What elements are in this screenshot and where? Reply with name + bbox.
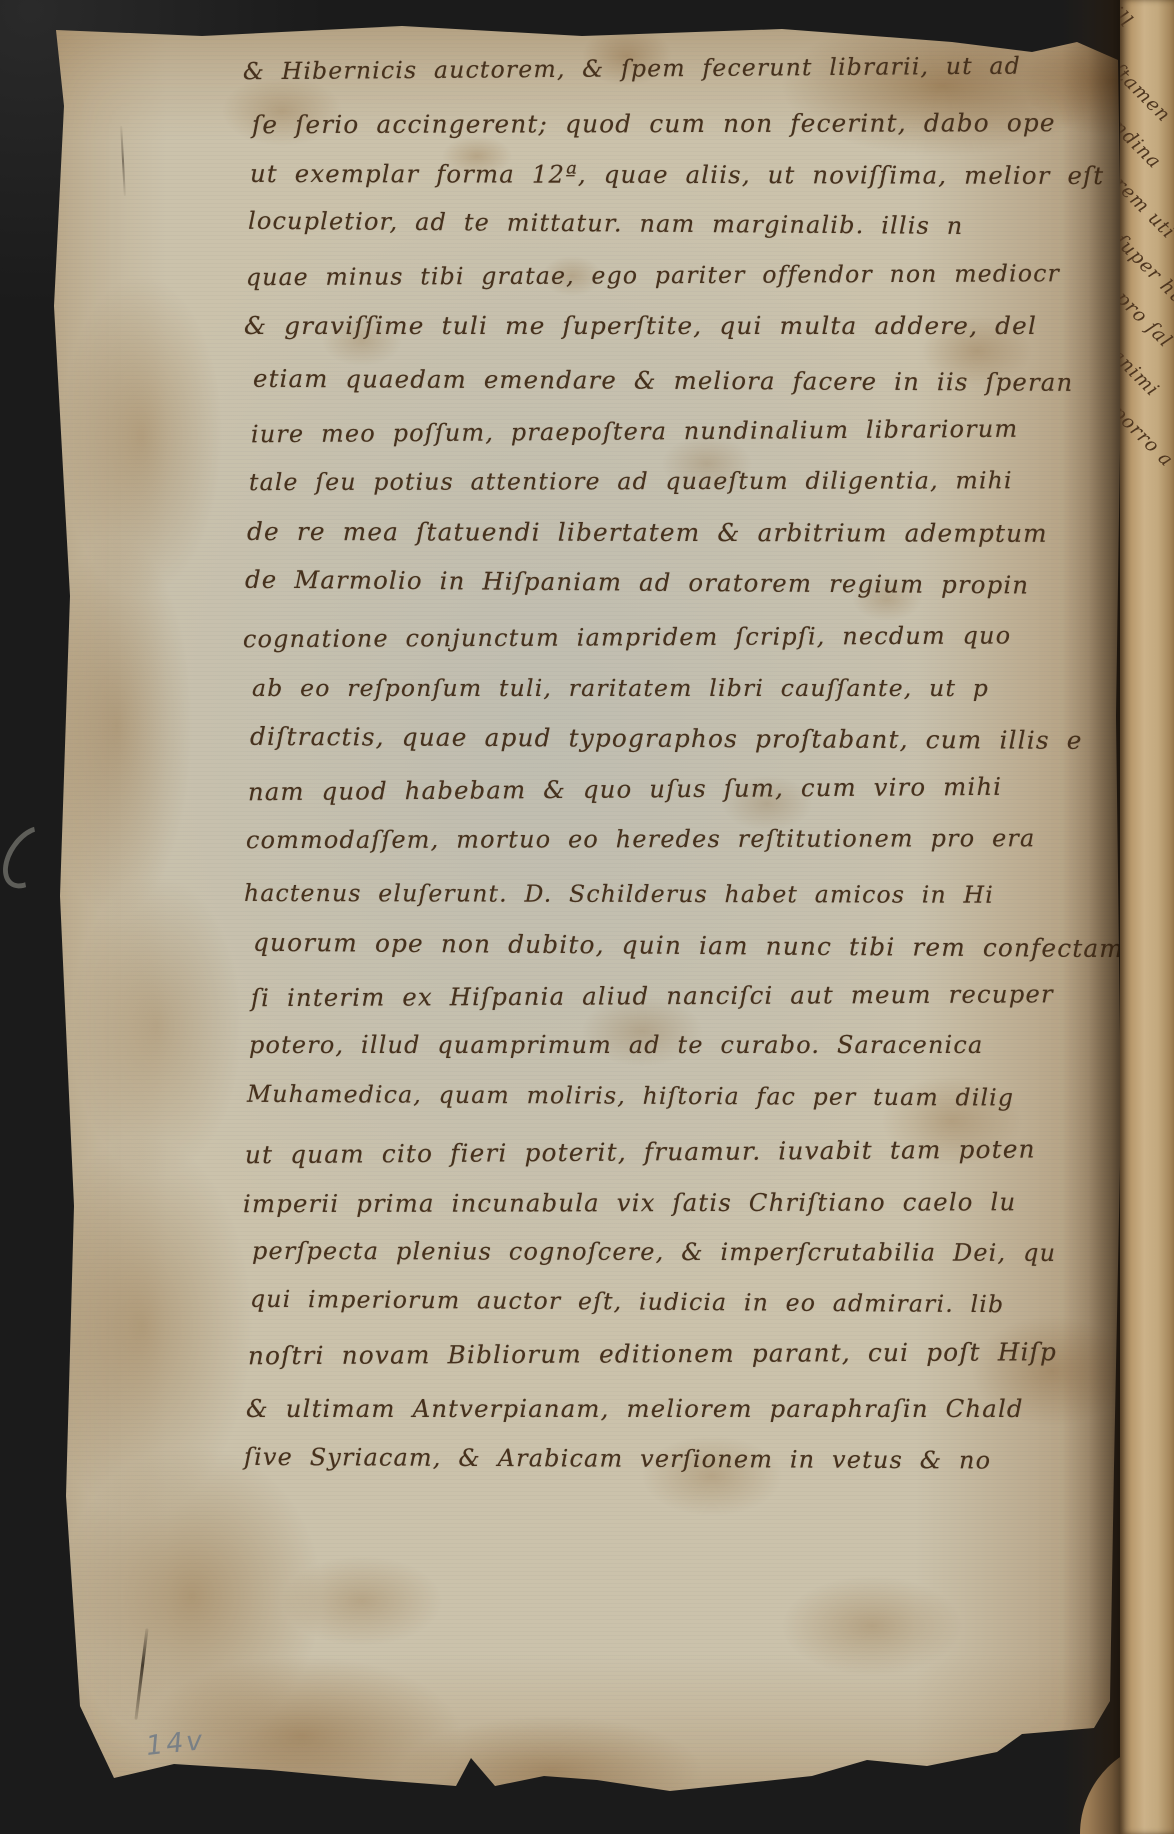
manuscript-scan: { "page": { "folio_label": "14v", "lines…: [0, 0, 1174, 1834]
manuscript-line: de re mea ſtatuendi libertatem & arbitri…: [247, 516, 1138, 570]
manuscript-line: qui imperiorum auctor eſt, iudicia in eo…: [250, 1285, 1138, 1343]
manuscript-line: & Hibernicis auctorem, & ſpem fecerunt l…: [243, 51, 1138, 109]
manuscript-line: & graviſſime tuli me ſuperſtite, qui mul…: [244, 311, 1138, 362]
manuscript-line: tale ſeu potius attentiore ad quaeſtum d…: [249, 466, 1138, 520]
adjacent-page-edge: illſtamenndinarem utiſuper hupro ſalanim…: [1120, 0, 1174, 1834]
manuscript-line: iure meo poſſum, praepoſtera nundinalium…: [251, 413, 1138, 471]
text-block: & Hibernicis auctorem, & ſpem fecerunt l…: [248, 56, 1138, 1495]
paper-crease-mark-bottom: [134, 1628, 148, 1720]
manuscript-line: ſe ſerio accingerent; quod cum non fecer…: [252, 108, 1138, 162]
manuscript-line: etiam quaedam emendare & meliora facere …: [253, 364, 1138, 420]
manuscript-line: diſtractis, quae apud typographos proſta…: [250, 722, 1138, 778]
manuscript-line: nam quod habebam & quo uſus ſum, cum vir…: [248, 771, 1138, 829]
manuscript-line: locupletior, ad te mittatur. nam margina…: [248, 207, 1138, 265]
manuscript-line: commodaſſem, mortuo eo heredes reſtituti…: [246, 824, 1138, 878]
manuscript-line: & ultimam Antverpianam, meliorem paraphr…: [246, 1394, 1138, 1445]
manuscript-line: ut quam cito fieri poterit, fruamur. iuv…: [245, 1134, 1138, 1192]
adjacent-page-text-fragment: ill: [1120, 2, 1137, 33]
manuscript-line: potero, illud quamprimum ad te curabo. S…: [249, 1031, 1138, 1082]
manuscript-line: Muhamedica, quam moliris, hiſtoria fac p…: [247, 1080, 1138, 1136]
paper-curl-edge: [0, 816, 68, 899]
manuscript-line: noſtri novam Bibliorum editionem parant,…: [248, 1337, 1138, 1393]
manuscript-line: quae minus tibi gratae, ego pariter offe…: [246, 258, 1138, 314]
adjacent-page-text-fragment: ſtamen: [1120, 59, 1174, 127]
manuscript-line: ut exemplar forma 12ª, quae aliis, ut no…: [250, 159, 1138, 213]
manuscript-line: quorum ope non dubito, quin iam nunc tib…: [253, 927, 1138, 985]
manuscript-line: de Marmolio in Hiſpaniam ad oratorem reg…: [245, 565, 1138, 623]
adjacent-page-text-fragment: animi: [1120, 344, 1164, 401]
paper-crease-mark-top: [120, 126, 126, 196]
manuscript-line: perſpecta plenius cognoſcere, & imperſcr…: [252, 1237, 1138, 1291]
manuscript-line: cognatione conjunctum iampridem ſcripſi,…: [243, 621, 1138, 677]
folio-label: 14v: [145, 1725, 207, 1762]
manuscript-line: imperii prima incunabula vix ſatis Chriſ…: [243, 1186, 1138, 1240]
manuscript-line: ab eo reſponſum tuli, raritatem libri ca…: [252, 674, 1138, 725]
manuscript-page: & Hibernicis auctorem, & ſpem fecerunt l…: [22, 16, 1138, 1816]
manuscript-line: hactenus eluſerunt. D. Schilderus habet …: [244, 879, 1138, 933]
manuscript-line: ſi interim ex Hiſpania aliud nanciſci au…: [251, 979, 1138, 1035]
adjacent-page-text-fragment: porro a: [1120, 401, 1174, 471]
manuscript-line: ſive Syriacam, & Arabicam verſionem in v…: [244, 1442, 1138, 1498]
